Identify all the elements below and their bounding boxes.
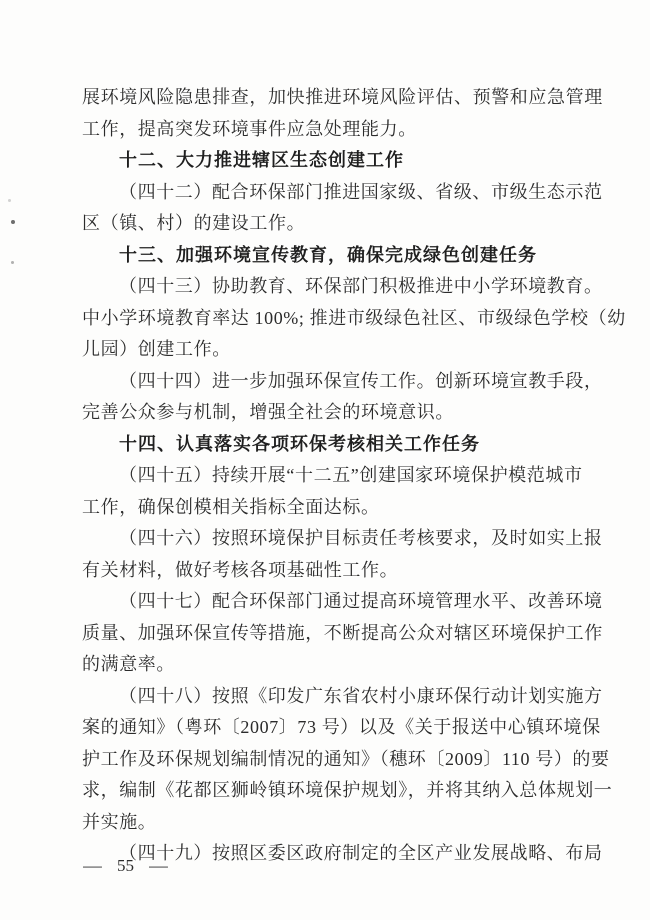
text-line: 展环境风险隐患排查，加快推进环境风险评估、预警和应急管理 <box>82 82 590 114</box>
footer-dash-left: — <box>83 856 102 876</box>
text-line: （四十五）持续开展“十二五”创建国家环境保护模范城市 <box>82 460 590 492</box>
page-footer: — 55 — <box>84 856 167 876</box>
text-line: 有关材料，做好考核各项基础性工作。 <box>82 555 590 587</box>
text-line: 并实施。 <box>82 807 590 839</box>
scan-speck <box>11 261 14 264</box>
text-line: （四十六）按照环境保护目标责任考核要求，及时如实上报 <box>82 523 590 555</box>
scan-speck <box>200 793 203 795</box>
scan-speck <box>236 795 239 797</box>
section-heading: 十四、认真落实各项环保考核相关工作任务 <box>82 429 590 461</box>
text-line: 质量、加强环保宣传等措施，不断提高公众对辖区环境保护工作 <box>82 618 590 650</box>
text-line: （四十二）配合环保部门推进国家级、省级、市级生态示范 <box>82 177 590 209</box>
scan-speck <box>11 220 15 224</box>
section-heading: 十二、大力推进辖区生态创建工作 <box>82 145 590 177</box>
footer-dash-right: — <box>149 856 168 876</box>
text-line: 区（镇、村）的建设工作。 <box>82 208 590 240</box>
text-line: 工作，提高突发环境事件应急处理能力。 <box>82 114 590 146</box>
scanned-document-page: 展环境风险隐患排查，加快推进环境风险评估、预警和应急管理工作，提高突发环境事件应… <box>0 0 650 920</box>
text-line: （四十七）配合环保部门通过提高环境管理水平、改善环境 <box>82 586 590 618</box>
text-line: 完善公众参与机制，增强全社会的环境意识。 <box>82 397 590 429</box>
page-number: 55 <box>117 856 134 876</box>
text-line: 中小学环境教育率达 100%; 推进市级绿色社区、市级绿色学校（幼 <box>82 303 590 335</box>
text-line: 工作，确保创模相关指标全面达标。 <box>82 492 590 524</box>
text-line: 儿园）创建工作。 <box>82 334 590 366</box>
text-line: 的满意率。 <box>82 649 590 681</box>
scan-speck <box>8 199 11 202</box>
text-line: （四十三）协助教育、环保部门积极推进中小学环境教育。 <box>82 271 590 303</box>
text-line: 案的通知》（粤环〔2007〕73 号）以及《关于报送中心镇环境保 <box>82 712 590 744</box>
text-line: 护工作及环保规划编制情况的通知》（穗环〔2009〕110 号）的要 <box>82 744 590 776</box>
text-line: （四十四）进一步加强环保宣传工作。创新环境宣教手段， <box>82 366 590 398</box>
document-body: 展环境风险隐患排查，加快推进环境风险评估、预警和应急管理工作，提高突发环境事件应… <box>82 82 590 870</box>
text-line: 求，编制《花都区狮岭镇环境保护规划》，并将其纳入总体规划一 <box>82 775 590 807</box>
text-line: （四十八）按照《印发广东省农村小康环保行动计划实施方 <box>82 681 590 713</box>
section-heading: 十三、加强环境宣传教育，确保完成绿色创建任务 <box>82 240 590 272</box>
